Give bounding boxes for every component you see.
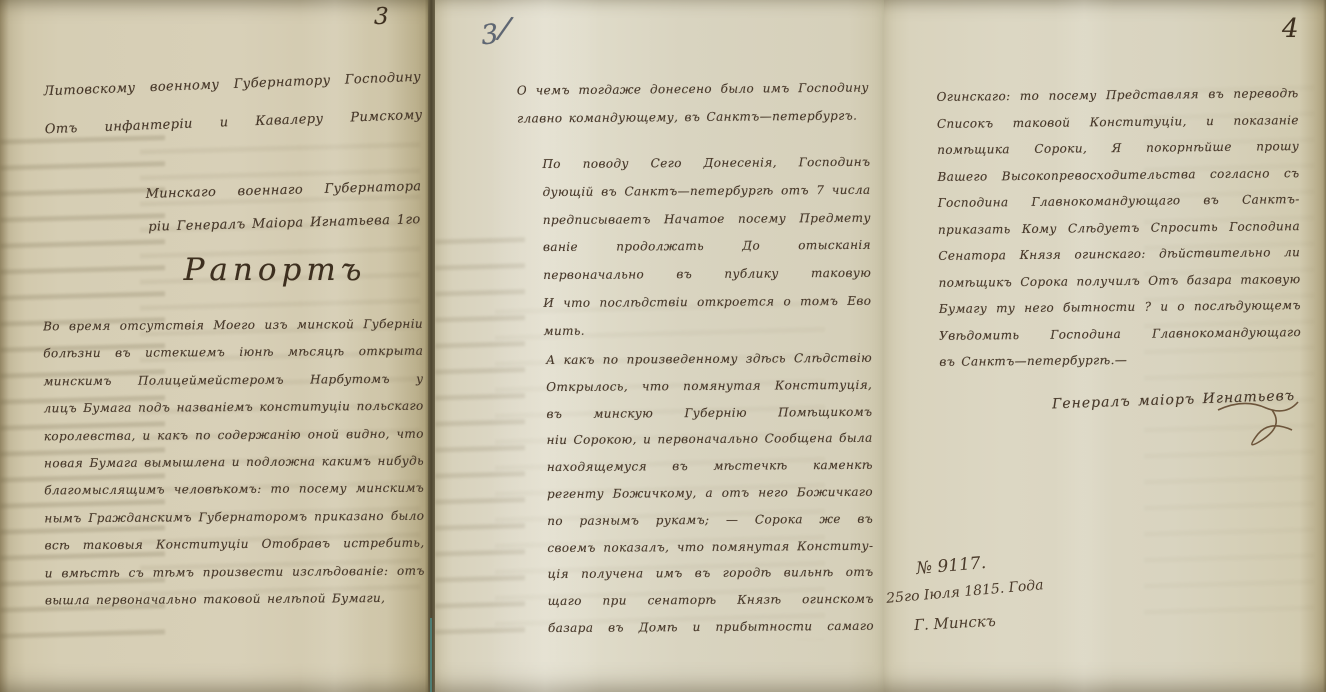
- page2-paragraph-2: По поводу Сего Донесенія, Господинъ глав…: [516, 149, 871, 346]
- manuscript-line: дующій въ Санктъ—петербургѣ отъ 7 числа …: [517, 177, 871, 207]
- manuscript-line: мить.: [517, 316, 871, 346]
- report-title: Рапортъ: [140, 252, 410, 288]
- manuscript-line: и вмѣстѣ съ тѣмъ произвести изслѣдованіе…: [45, 557, 425, 587]
- manuscript-line: всѣ таковыя Конституціи Отобравъ истреби…: [44, 530, 424, 560]
- page2-paragraph-3: А какъ по произведенному здѣсь Слѣдствію…: [516, 345, 874, 642]
- pencil-tick-stroke: ∕: [497, 11, 512, 47]
- manuscript-line: Во время отсутствія Моего изъ минской Гу…: [43, 311, 423, 341]
- signature-flourish: [1214, 396, 1304, 456]
- manuscript-line: помѣщикъ Сорока получилъ Отъ базара тако…: [938, 266, 1300, 296]
- manuscript-line: лицъ Бумага подъ названіемъ конституціи …: [44, 393, 424, 423]
- manuscript-line: базара въ Домѣ и прибытности самаго Госп…: [518, 613, 874, 642]
- page1-body: Во время отсутствія Моего изъ минской Гу…: [43, 311, 425, 615]
- manuscript-line: помѣщика Сороки, Я покорнѣйше прошу: [937, 133, 1299, 163]
- address-block: Литовскому военному Губернатору Господин…: [43, 59, 424, 149]
- manuscript-line: въ минскую Губернію Помѣщикомъ Виленской…: [516, 398, 872, 427]
- manuscript-line: своемъ показалъ, что помянутая Конститу-: [517, 532, 873, 561]
- manuscript-line: новая Бумага вымышлена и подложна какимъ…: [44, 448, 424, 478]
- manuscript-line: И что послѣдствіи откроется о томъ Ево у…: [517, 288, 871, 318]
- manuscript-line: ція получена имъ въ городѣ вильнѣ отъ Сл…: [517, 559, 873, 588]
- manuscript-line: благомыслящимъ человѣкомъ: то посему мин…: [44, 475, 424, 505]
- bleed-through-texture: [435, 230, 525, 650]
- manuscript-line: нымъ Гражданскимъ Губернаторомъ приказан…: [44, 502, 424, 532]
- manuscript-line: Вашего Высокопревосходительства согласно…: [937, 160, 1299, 190]
- manuscript-line: По поводу Сего Донесенія, Господинъ глав…: [516, 149, 870, 179]
- seam-teal-accent: [430, 618, 432, 692]
- manuscript-line: первоначально въ публику таковую Констит…: [517, 260, 871, 290]
- manuscript-line: ніи Сорокою, и первоначально Сообщена бы…: [517, 425, 873, 454]
- manuscript-line: минскимъ Полицеймейстеромъ Нарбутомъ у р…: [43, 365, 423, 395]
- manuscript-line: главно командующему, въ Санктъ—петербург…: [517, 102, 869, 133]
- folio-number: 3: [374, 4, 389, 30]
- page3-body: Огинскаго: то посему Представляя въ пере…: [936, 80, 1301, 375]
- manuscript-page-1: 3 Литовскому военному Губернатору Господ…: [0, 0, 429, 692]
- manuscript-line: приказать Кому Слѣдуетъ Спросить Господи…: [938, 213, 1300, 243]
- docket-place: Г. Минскъ: [914, 612, 997, 634]
- pencil-folio-mark: 3∕: [479, 15, 511, 53]
- docket-number: № 9117.: [915, 553, 987, 579]
- manuscript-line: по разнымъ рукамъ; — Сорока же въ Объясн…: [517, 506, 873, 535]
- page-seam: [428, 0, 435, 692]
- manuscript-scan: 3 Литовскому военному Губернатору Господ…: [0, 0, 1326, 692]
- sender-block: Минскаго военнаго Губернатора Артилле-рі…: [145, 170, 423, 244]
- pencil-folio-number: 3: [480, 19, 501, 52]
- manuscript-line: ріи Генералъ Маіора Игнатьева 1го: [146, 203, 423, 244]
- manuscript-line: болѣзни въ истекшемъ іюнѣ мѣсяцѣ открыта…: [43, 338, 423, 368]
- manuscript-line: Списокъ таковой Конституціи, и показаніе: [937, 107, 1299, 137]
- manuscript-line: предписываетъ Начатое посему Предмету из…: [517, 204, 871, 234]
- manuscript-line: вышла первоначально таковой нелѣпой Бума…: [45, 585, 425, 615]
- manuscript-line: щаго при сенаторѣ Князѣ огинскомъ франца…: [518, 586, 874, 615]
- manuscript-line: А какъ по произведенному здѣсь Слѣдствію: [516, 345, 872, 374]
- manuscript-line: находящемуся въ мѣстечкѣ каменкѣ наслѣди…: [517, 452, 873, 481]
- manuscript-line: Сенатора Князя огинскаго: дѣйствительно …: [938, 239, 1300, 269]
- docket-date: 25го Іюля 1815. Года: [886, 577, 1045, 607]
- manuscript-line: регенту Божичкому, а отъ него Божичкаго …: [517, 479, 873, 508]
- manuscript-page-3: 4 Огинскаго: то посему Представляя въ пе…: [884, 0, 1326, 692]
- manuscript-line: Господина Главнокомандующаго въ Санктъ-п…: [938, 186, 1300, 216]
- manuscript-line: О чемъ тогдаже донесено было имъ Господи…: [517, 74, 869, 105]
- manuscript-line: Бумагу ту него бытности ? и о послѣдующе…: [939, 292, 1301, 322]
- folio-number: 4: [1282, 14, 1299, 44]
- manuscript-line: Открылось, что помянутая Конституція, вв…: [516, 372, 872, 401]
- manuscript-line: королевства, и какъ по содержанію оной в…: [44, 420, 424, 450]
- manuscript-line: Увѣдомить Господина Главнокомандующаго: [939, 319, 1301, 349]
- manuscript-line: ваніе продолжать До отысканія выпустивша…: [517, 232, 871, 262]
- manuscript-line: Огинскаго: то посему Представляя въ пере…: [936, 80, 1298, 110]
- manuscript-page-2: 3∕ О чемъ тогдаже донесено было имъ Госп…: [435, 0, 884, 692]
- page2-paragraph-1: О чемъ тогдаже донесено было имъ Господи…: [517, 74, 869, 132]
- manuscript-line: въ Санктъ—петербургѣ.—: [939, 345, 1301, 375]
